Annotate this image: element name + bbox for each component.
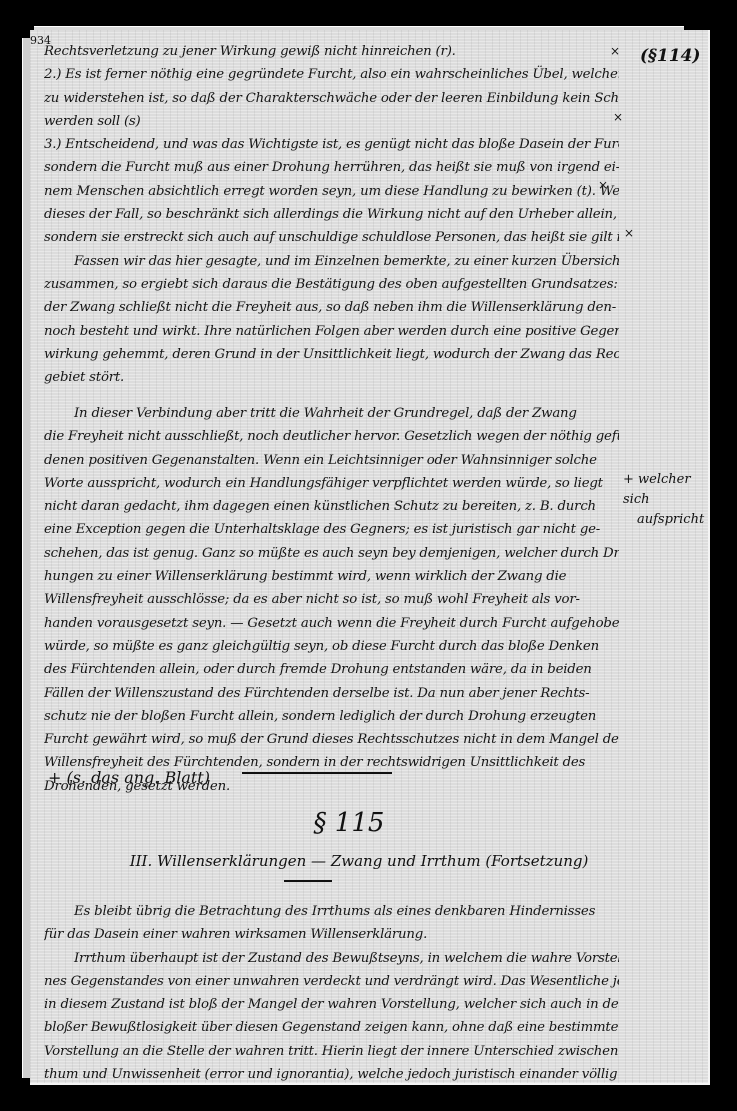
text-line: wirkung gehemmt, deren Grund in der Unsi… (44, 343, 619, 366)
text-line: thum und Unwissenheit (error und ignoran… (44, 1063, 619, 1086)
text-line: 3.) Entscheidend, und was das Wichtigste… (44, 133, 619, 156)
section-reference: (§114) (640, 46, 700, 66)
text-line: der Zwang schließt nicht die Freyheit au… (44, 296, 619, 319)
text-line: zu widerstehen ist, so daß der Charakter… (44, 87, 619, 110)
text-line: Vorstellung an die Stelle der wahren tri… (44, 1040, 619, 1063)
text-line: Furcht gewährt wird, so muß der Grund di… (44, 728, 619, 751)
text-line: bloßer Bewußtlosigkeit über diesen Gegen… (44, 1016, 619, 1039)
text-line: Es bleibt übrig die Betrachtung des Irrt… (44, 900, 619, 923)
text-line: Worte ausspricht, wodurch ein Handlungsf… (44, 472, 619, 495)
text-line: nicht daran gedacht, ihm dagegen einen k… (44, 495, 619, 518)
text-line: nes Gegenstandes von einer unwahren verd… (44, 970, 619, 993)
margin-cross-mark: × (624, 226, 634, 240)
margin-note: + welcher sich aufspricht (623, 470, 708, 530)
text-line: hungen zu einer Willenserklärung bestimm… (44, 565, 619, 588)
margin-note-line: + welcher sich (623, 470, 708, 510)
text-line: 2.) Es ist ferner nöthig eine gegründete… (44, 63, 619, 86)
text-line: dieses der Fall, so beschränkt sich alle… (44, 203, 619, 226)
text-line: sondern sie erstreckt sich auch auf unsc… (44, 226, 619, 249)
heading-underline-rule (284, 880, 332, 882)
text-line: in diesem Zustand ist bloß der Mangel de… (44, 993, 619, 1016)
text-line: die Freyheit nicht ausschließt, noch deu… (44, 425, 619, 448)
paragraph-block-3: Es bleibt übrig die Betrachtung des Irrt… (44, 900, 619, 1086)
text-line: zusammen, so ergiebt sich daraus die Bes… (44, 273, 619, 296)
text-line: werden soll (s) (44, 110, 619, 133)
text-line: Rechtsverletzung zu jener Wirkung gewiß … (44, 40, 619, 63)
paragraph-block-2: In dieser Verbindung aber tritt die Wahr… (44, 402, 619, 798)
addendum-note: + (s. das ang. Blatt) (48, 768, 210, 787)
section-number-heading: § 115 (10, 808, 688, 838)
text-line: des Fürchtenden allein, oder durch fremd… (44, 658, 619, 681)
text-line: nem Menschen absichtlich erregt worden s… (44, 180, 619, 203)
text-line: denen positiven Gegenanstalten. Wenn ein… (44, 449, 619, 472)
text-line: noch besteht und wirkt. Ihre natürlichen… (44, 320, 619, 343)
text-line: Irrthum überhaupt ist der Zustand des Be… (44, 947, 619, 970)
text-line: handen vorausgesetzt seyn. — Gesetzt auc… (44, 612, 619, 635)
text-line: für das Dasein einer wahren wirksamen Wi… (44, 923, 619, 946)
text-line: gebiet stört. (44, 366, 619, 389)
text-line: eine Exception gegen die Unterhaltsklage… (44, 518, 619, 541)
paragraph-block-1: Rechtsverletzung zu jener Wirkung gewiß … (44, 40, 619, 389)
margin-note-line: aufspricht (623, 510, 708, 530)
text-line: Willensfreyheit ausschlösse; da es aber … (44, 588, 619, 611)
section-divider-rule (242, 772, 392, 774)
text-line: sondern die Furcht muß aus einer Drohung… (44, 156, 619, 179)
text-line: In dieser Verbindung aber tritt die Wahr… (44, 402, 619, 425)
text-line: schutz nie der bloßen Furcht allein, son… (44, 705, 619, 728)
section-title-heading: III. Willenserklärungen — Zwang und Irrt… (20, 852, 698, 870)
manuscript-page: 934 (§114) × × × × Rechtsverletzung zu j… (30, 30, 710, 1085)
text-line: schehen, das ist genug. Ganz so müßte es… (44, 542, 619, 565)
text-line: würde, so müßte es ganz gleichgültig sey… (44, 635, 619, 658)
text-line: Fällen der Willenszustand des Fürchtende… (44, 682, 619, 705)
text-line: Fassen wir das hier gesagte, und im Einz… (44, 250, 619, 273)
